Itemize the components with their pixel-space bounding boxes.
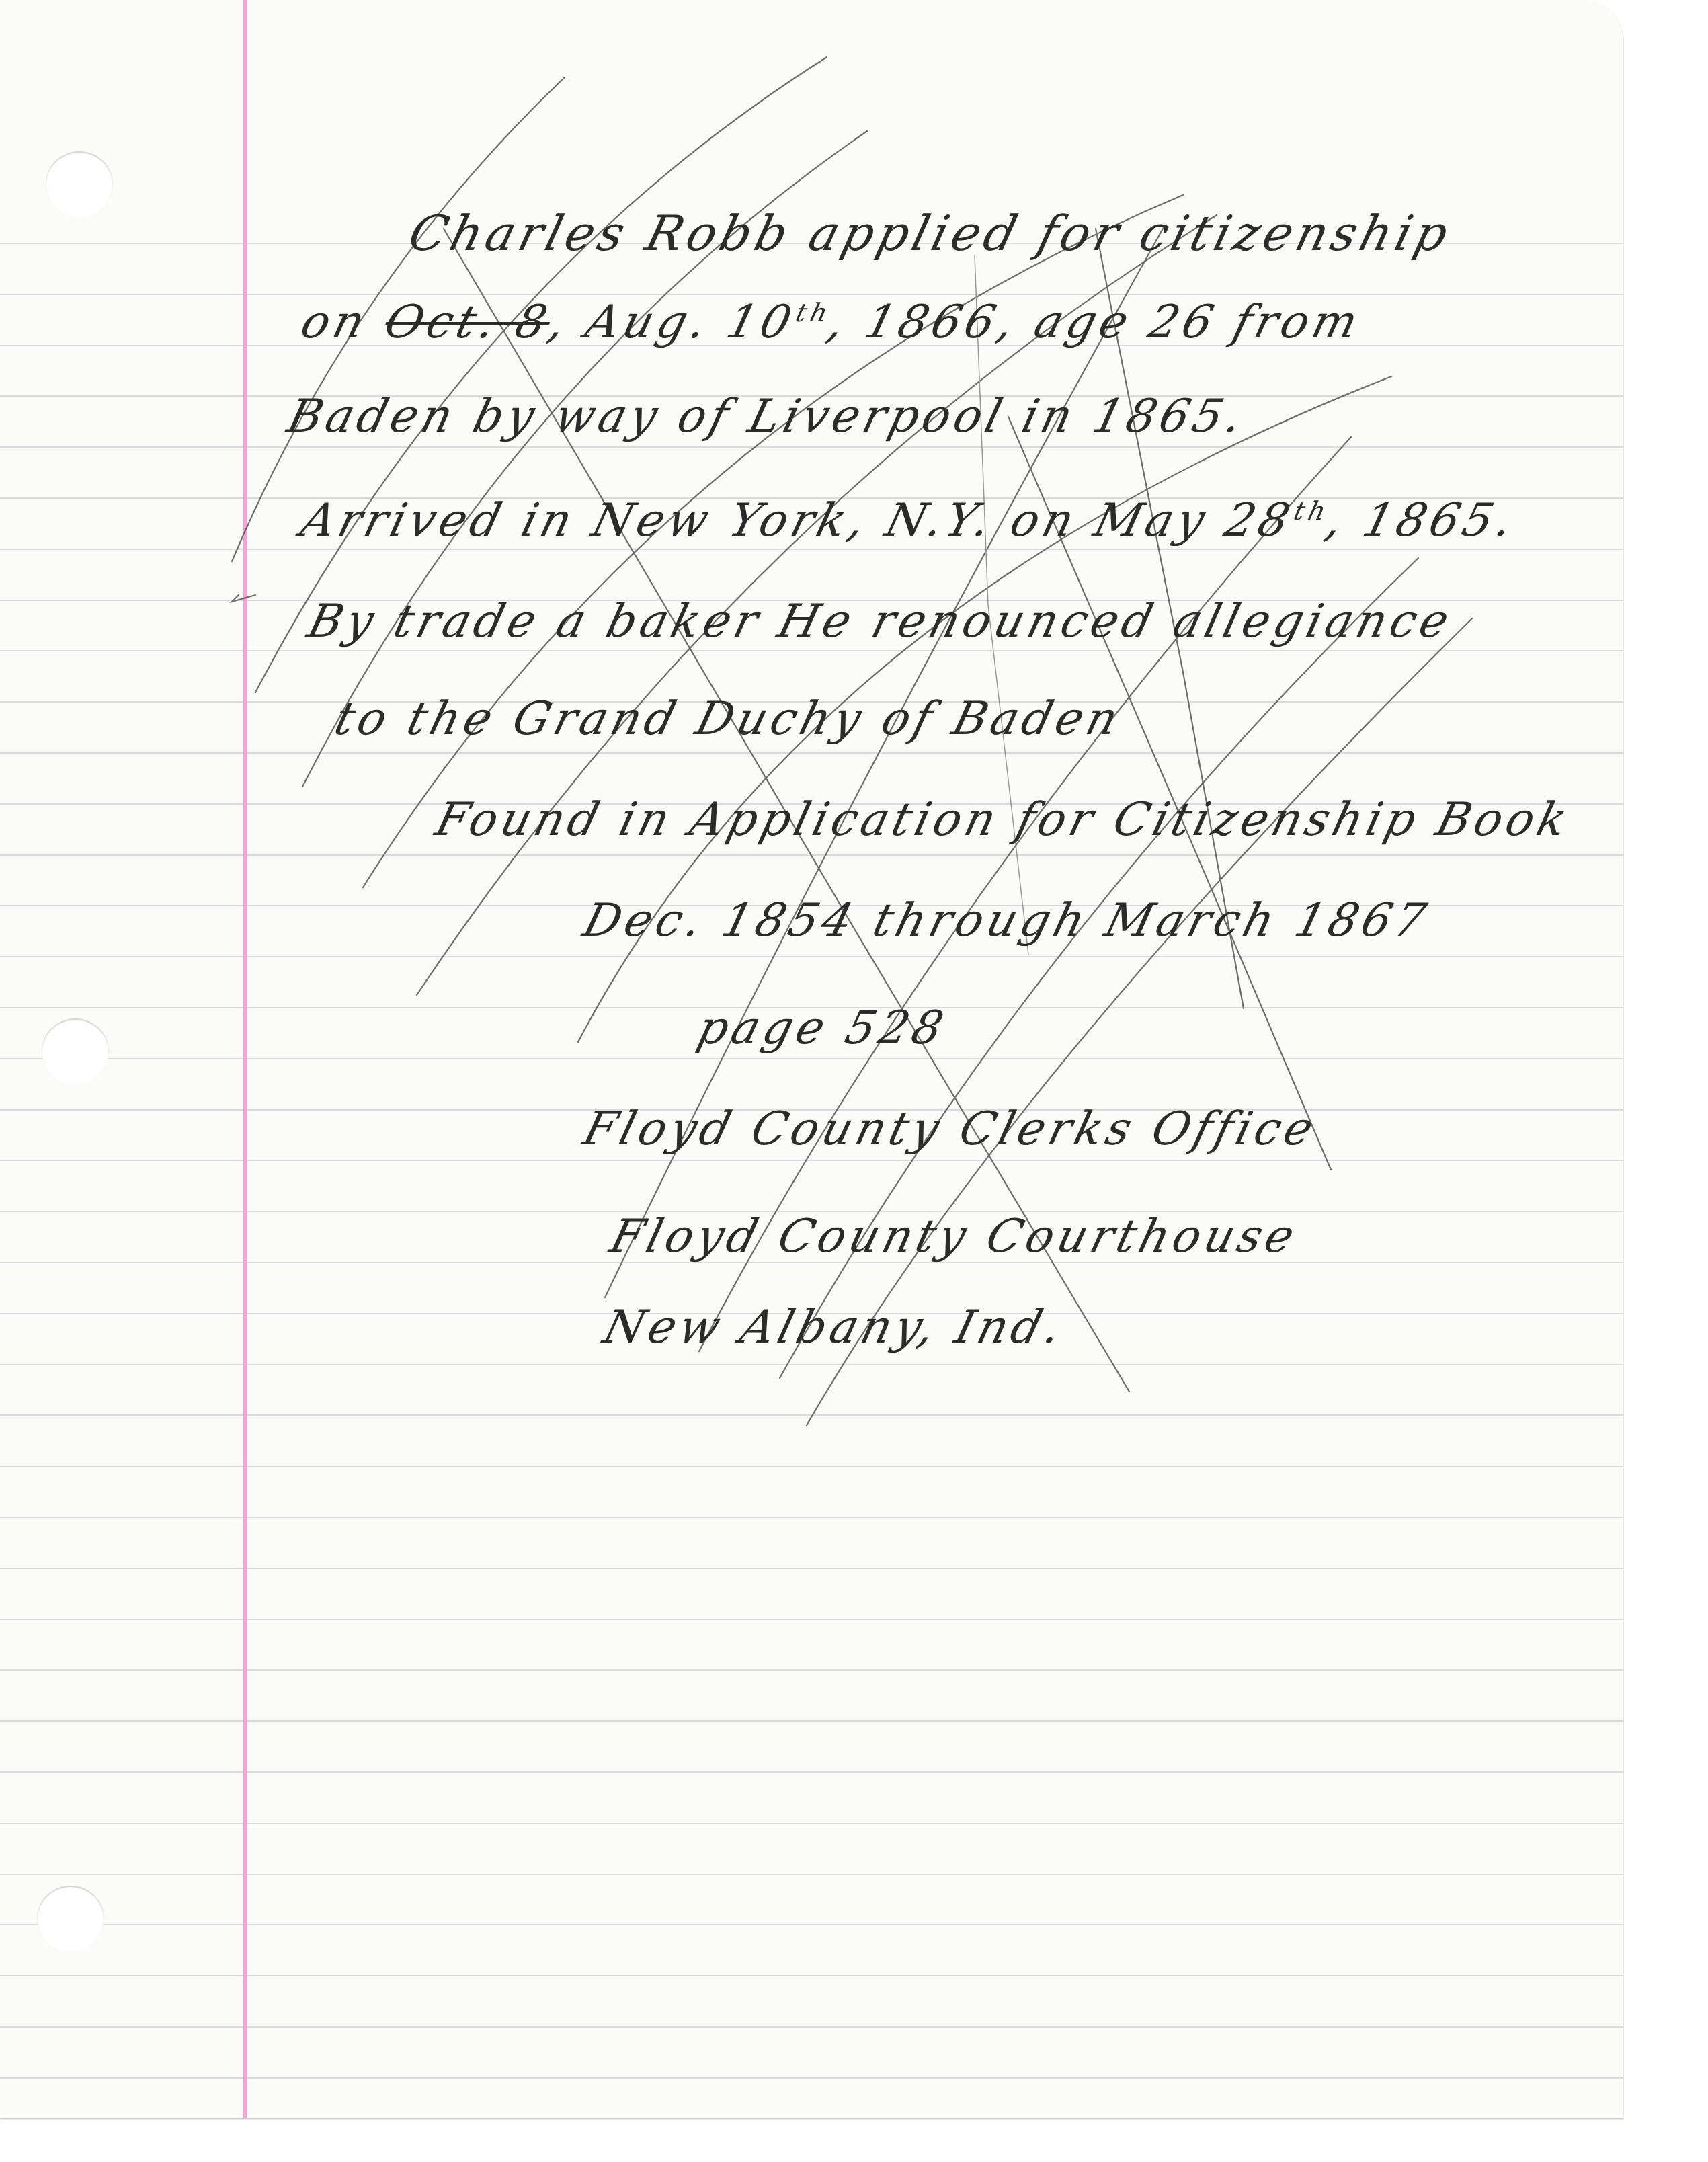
line-2-date: , Aug. 10 [543,296,801,349]
text-line-3: Baden by way of Liverpool in 1865. [282,390,1252,443]
text-line-1: Charles Robb applied for citizenship [403,205,1458,262]
line-10-text: Floyd County Clerks Office [578,1103,1322,1156]
line-11-text: Floyd County Courthouse [605,1210,1303,1263]
struck-date: Oct. 8 [379,296,556,349]
line-8-text: Dec. 1854 through March 1867 [578,894,1435,947]
line-12-text: New Albany, Ind. [598,1301,1070,1354]
line-3-text: Baden by way of Liverpool in 1865. [282,390,1252,443]
line-2-suffix: , 1866, age 26 from [822,296,1367,349]
line-4-suffix: , 1865. [1320,494,1522,547]
text-line-8: Dec. 1854 through March 1867 [578,894,1435,947]
text-line-12: New Albany, Ind. [598,1301,1070,1354]
text-line-2: on Oct. 8, Aug. 10th, 1866, age 26 from [296,296,1367,349]
line-4-text: Arrived in New York, N.Y. on May 28 [296,494,1299,547]
text-line-9: page 528 [692,1002,952,1055]
line-5-text: By trade a baker He renounced allegiance [302,595,1458,648]
notebook-paper: Charles Robb applied for citizenship on … [0,0,1623,2119]
text-line-4: Arrived in New York, N.Y. on May 28th, 1… [296,494,1522,547]
line-2-prefix: on [296,296,393,349]
line-6-text: to the Grand Duchy of Baden [329,692,1127,746]
text-line-10: Floyd County Clerks Office [578,1103,1322,1156]
text-line-5: By trade a baker He renounced allegiance [302,595,1458,648]
page-reference: page 528 [692,1002,952,1055]
text-line-6: to the Grand Duchy of Baden [329,692,1127,746]
text-line-11: Floyd County Courthouse [605,1210,1303,1263]
line-7-text: Found in Application for Citizenship Boo… [430,793,1576,846]
line-1-text: Charles Robb applied for citizenship [403,205,1458,262]
text-line-7: Found in Application for Citizenship Boo… [430,793,1576,846]
